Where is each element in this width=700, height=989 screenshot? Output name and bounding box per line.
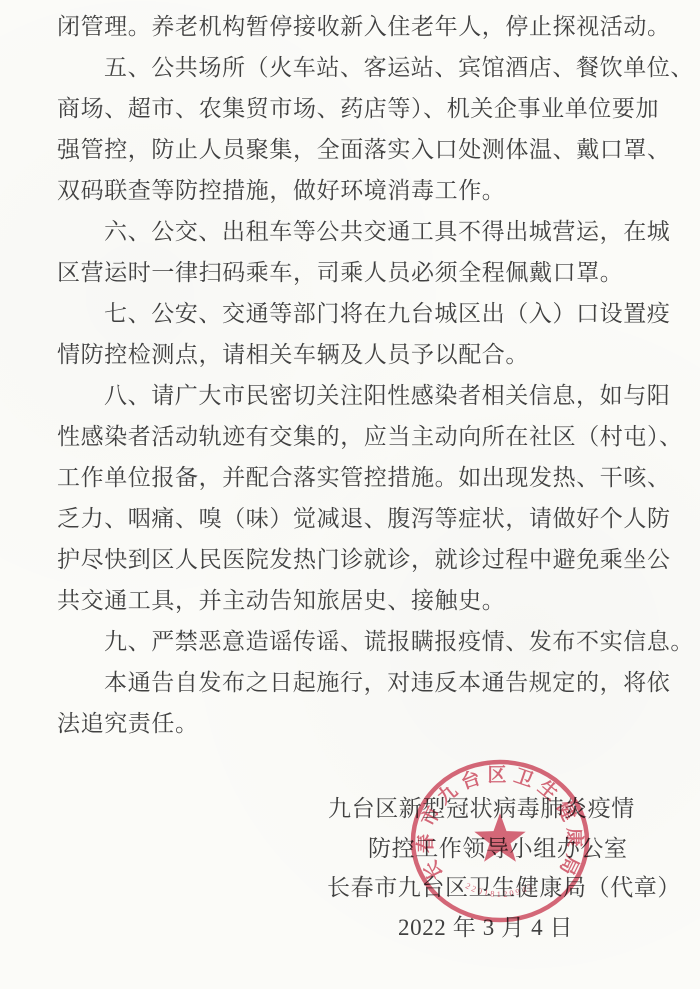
body-line: 情防控检测点，请相关车辆及人员予以配合。 [57, 334, 700, 375]
body-line: 护尽快到区人民医院发热门诊就诊，就诊过程中避免乘坐公 [57, 539, 700, 580]
body-line: 五、公共场所（火车站、客运站、宾馆酒店、餐饮单位、 [57, 47, 700, 88]
body-line: 乏力、咽痛、嗅（味）觉减退、腹泻等症状，请做好个人防 [57, 498, 700, 539]
body-line: 工作单位报备，并配合落实管控措施。如出现发热、干咳、 [57, 457, 700, 498]
body-line: 性感染者活动轨迹有交集的，应当主动向所在社区（村屯）、 [57, 416, 700, 457]
official-seal: 长春市九台区卫生健康局 22018120943 [406, 756, 594, 926]
seal-serial-number: 22018120943 [464, 880, 536, 899]
body-line: 七、公安、交通等部门将在九台城区出（入）口设置疫 [57, 293, 700, 334]
notice-body: 闭管理。养老机构暂停接收新入住老年人，停止探视活动。 五、公共场所（火车站、客运… [57, 6, 700, 744]
body-line: 共交通工具，并主动告知旅居史、接触史。 [57, 580, 700, 621]
body-line: 强管控，防止人员聚集，全面落实入口处测体温、戴口罩、 [57, 129, 700, 170]
body-line: 六、公交、出租车等公共交通工具不得出城营运，在城 [57, 211, 700, 252]
scanned-notice-page: 闭管理。养老机构暂停接收新入住老年人，停止探视活动。 五、公共场所（火车站、客运… [0, 0, 700, 989]
star-icon [474, 813, 525, 862]
body-line: 闭管理。养老机构暂停接收新入住老年人，停止探视活动。 [57, 6, 700, 47]
body-line: 双码联查等防控措施，做好环境消毒工作。 [57, 170, 700, 211]
body-line: 区营运时一律扫码乘车，司乘人员必须全程佩戴口罩。 [57, 252, 700, 293]
body-line: 商场、超市、农集贸市场、药店等）、机关企事业单位要加 [57, 88, 700, 129]
body-line: 八、请广大市民密切关注阳性感染者相关信息，如与阳 [57, 375, 700, 416]
body-line: 法追究责任。 [57, 703, 700, 744]
body-line: 九、严禁恶意造谣传谣、谎报瞒报疫情、发布不实信息。 [57, 621, 700, 662]
body-line: 本通告自发布之日起施行，对违反本通告规定的，将依 [57, 662, 700, 703]
